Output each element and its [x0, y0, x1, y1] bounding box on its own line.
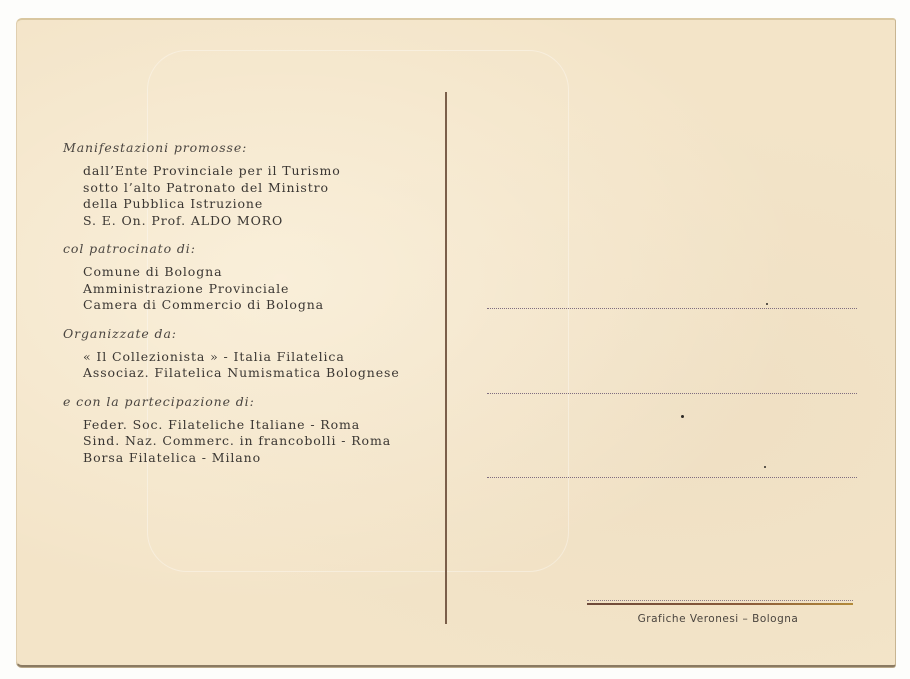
ink-speck	[764, 466, 766, 468]
section-heading: e con la partecipazione di:	[63, 394, 433, 409]
printer-credit: Grafiche Veronesi – Bologna	[603, 613, 833, 625]
section-heading: col patrocinato di:	[63, 241, 433, 256]
address-line-2	[487, 393, 857, 394]
printer-rule	[587, 603, 853, 605]
section-heading: Organizzate da:	[63, 326, 433, 341]
text-line: Associaz. Filatelica Numismatica Bologne…	[83, 365, 433, 382]
section-lines: Feder. Soc. Filateliche Italiane - Roma …	[83, 417, 433, 467]
text-line: « Il Collezionista » - Italia Filatelica	[83, 349, 433, 366]
text-line: della Pubblica Istruzione	[83, 196, 433, 213]
text-line: Feder. Soc. Filateliche Italiane - Roma	[83, 417, 433, 434]
ink-speck	[766, 303, 768, 305]
section-participants: e con la partecipazione di: Feder. Soc. …	[63, 394, 433, 467]
section-promoters: Manifestazioni promosse: dall’Ente Provi…	[63, 140, 433, 229]
section-lines: dall’Ente Provinciale per il Turismo sot…	[83, 163, 433, 229]
text-line: Camera di Commercio di Bologna	[83, 297, 433, 314]
section-heading: Manifestazioni promosse:	[63, 140, 433, 155]
section-organizers: Organizzate da: « Il Collezionista » - I…	[63, 326, 433, 382]
ink-speck	[681, 415, 684, 418]
text-line: sotto l’alto Patronato del Ministro	[83, 180, 433, 197]
center-divider-line	[445, 92, 447, 624]
organizers-text-block: Manifestazioni promosse: dall’Ente Provi…	[63, 140, 433, 478]
postcard-back: Manifestazioni promosse: dall’Ente Provi…	[16, 18, 896, 667]
address-line-1	[487, 308, 857, 309]
text-line: Amministrazione Provinciale	[83, 281, 433, 298]
address-line-3	[487, 477, 857, 478]
section-lines: Comune di Bologna Amministrazione Provin…	[83, 264, 433, 314]
text-line: Borsa Filatelica - Milano	[83, 450, 433, 467]
text-line: dall’Ente Provinciale per il Turismo	[83, 163, 433, 180]
printer-dotted-rule	[587, 600, 853, 601]
text-line: Sind. Naz. Commerc. in francobolli - Rom…	[83, 433, 433, 450]
text-line: Comune di Bologna	[83, 264, 433, 281]
text-line: S. E. On. Prof. ALDO MORO	[83, 213, 433, 230]
section-patronage: col patrocinato di: Comune di Bologna Am…	[63, 241, 433, 314]
section-lines: « Il Collezionista » - Italia Filatelica…	[83, 349, 433, 382]
